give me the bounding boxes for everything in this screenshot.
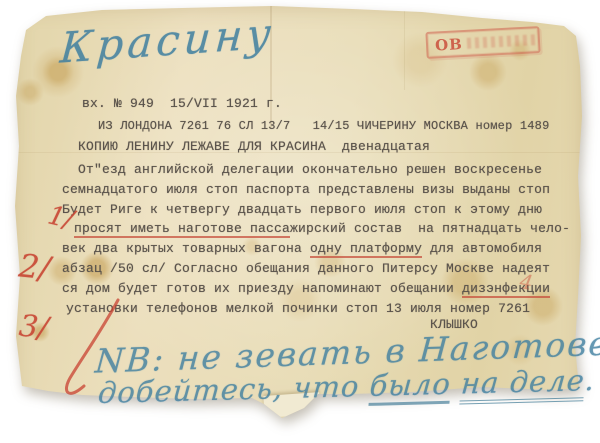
body-line-5-pre: век два крытых товарных вагона	[62, 241, 310, 256]
stamp-faded-letters	[466, 34, 538, 49]
blue-underlined-text: было	[368, 367, 452, 406]
body-line-8: установки телефонов мелкой починки стоп …	[66, 301, 530, 316]
red-underlined-text: дизэнфекции	[462, 281, 550, 298]
body-line-3: Будет Риге к четвергу двадцать первого и…	[62, 202, 542, 217]
body-line-5-post: для автомобиля	[422, 241, 542, 256]
body-line-1: От"езд английской делегации окончательно…	[78, 162, 542, 177]
red-underlined-text: просят иметь наготове пасса	[74, 221, 290, 238]
route-line: ИЗ ЛОНДОНА 7261 76 СЛ 13/7 14/15 ЧИЧЕРИН…	[98, 119, 549, 133]
photo-background: Красину ОВ вх. № 949 15/VII 1921 г. ИЗ Л…	[0, 0, 600, 443]
body-line-5: век два крытых товарных вагона одну плат…	[62, 241, 542, 256]
red-underlined-text: одну платформу	[310, 241, 422, 258]
stamp-text: ОВ	[435, 35, 464, 54]
body-line-6: абзац /50 сл/ Согласно обещания данного …	[62, 261, 550, 276]
body-line-7: ся дом будет готов их приезду напоминают…	[62, 281, 550, 296]
note-pre: добейтесь, что	[97, 369, 371, 410]
margin-mark-2: 2/	[17, 246, 52, 287]
copy-line: КОПИЮ ЛЕНИНУ ЛЕЖАВЕ ДЛЯ КРАСИНА двенадца…	[78, 139, 430, 154]
body-line-4-rest: жирский состав на пятнадцать чело-	[290, 221, 570, 236]
body-line-7-pre: ся дом будет готов их приезду напоминают…	[62, 281, 462, 296]
body-line-2: семнадцатого июля стоп паспорта представ…	[62, 182, 550, 197]
body-line-4: просят иметь наготове пассажирский соста…	[74, 221, 570, 236]
blue-double-underlined-text: на деле	[460, 363, 587, 404]
registration-line: вх. № 949 15/VII 1921 г.	[82, 96, 282, 111]
fold-crease	[404, 6, 405, 90]
margin-mark-3: 3/	[17, 309, 50, 347]
note-post: . Ленин	[584, 360, 600, 397]
